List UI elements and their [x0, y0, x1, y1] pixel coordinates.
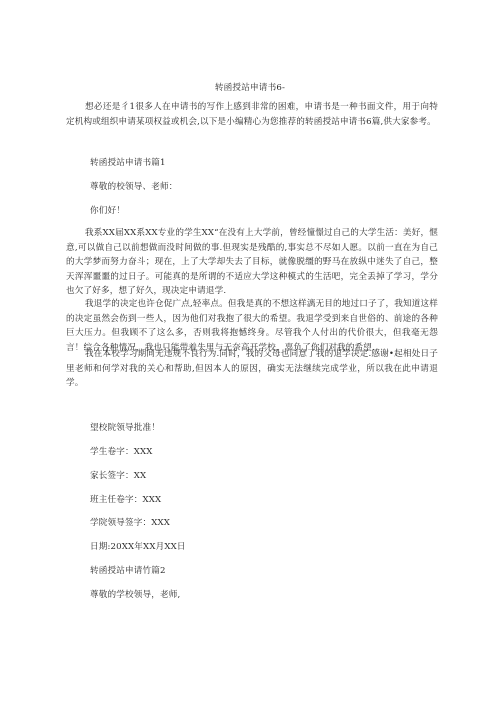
signature-college-leader: 学院领导签字：XXX: [90, 518, 170, 529]
body-paragraph-1: 我系XX届XX系XX专业的学生XX“在没有上大学前，曾经憧憬过自己的大学生活：美…: [66, 226, 438, 299]
signature-student: 学生卷字：XXX: [90, 447, 153, 458]
section2-salutation: 尊敬的学校领导，老师,: [90, 590, 180, 601]
closing-line: 望校院领导批准！: [90, 423, 160, 434]
section2-heading: 转函授站申请竹篇2: [90, 566, 166, 577]
document-title: 转函授站申请书6-: [0, 83, 500, 94]
section1-salutation: 尊敬的校领导、老师：: [90, 182, 177, 193]
intro-paragraph: 想必还是彳1很多人在申请书的写作上感到非常的困难，申请书是一种书面文件，用于向特…: [66, 100, 438, 129]
body-paragraph-3: 我在本校学习期间无违规不良行为.同时，我的父母也同意了我的退学决定.感谢•起相处…: [66, 347, 438, 391]
signature-parent: 家长签字：XX: [90, 471, 146, 482]
section1-greeting: 你们好！: [90, 206, 125, 217]
document-page: 转函授站申请书6- 想必还是彳1很多人在申请书的写作上感到非常的困难，申请书是一…: [0, 0, 500, 707]
section1-heading: 转函授站申请书篇1: [90, 158, 166, 169]
date-line: 日期:20XX年XX月XX日: [90, 542, 186, 553]
signature-class-teacher: 班主任卷字：XXX: [90, 495, 161, 506]
